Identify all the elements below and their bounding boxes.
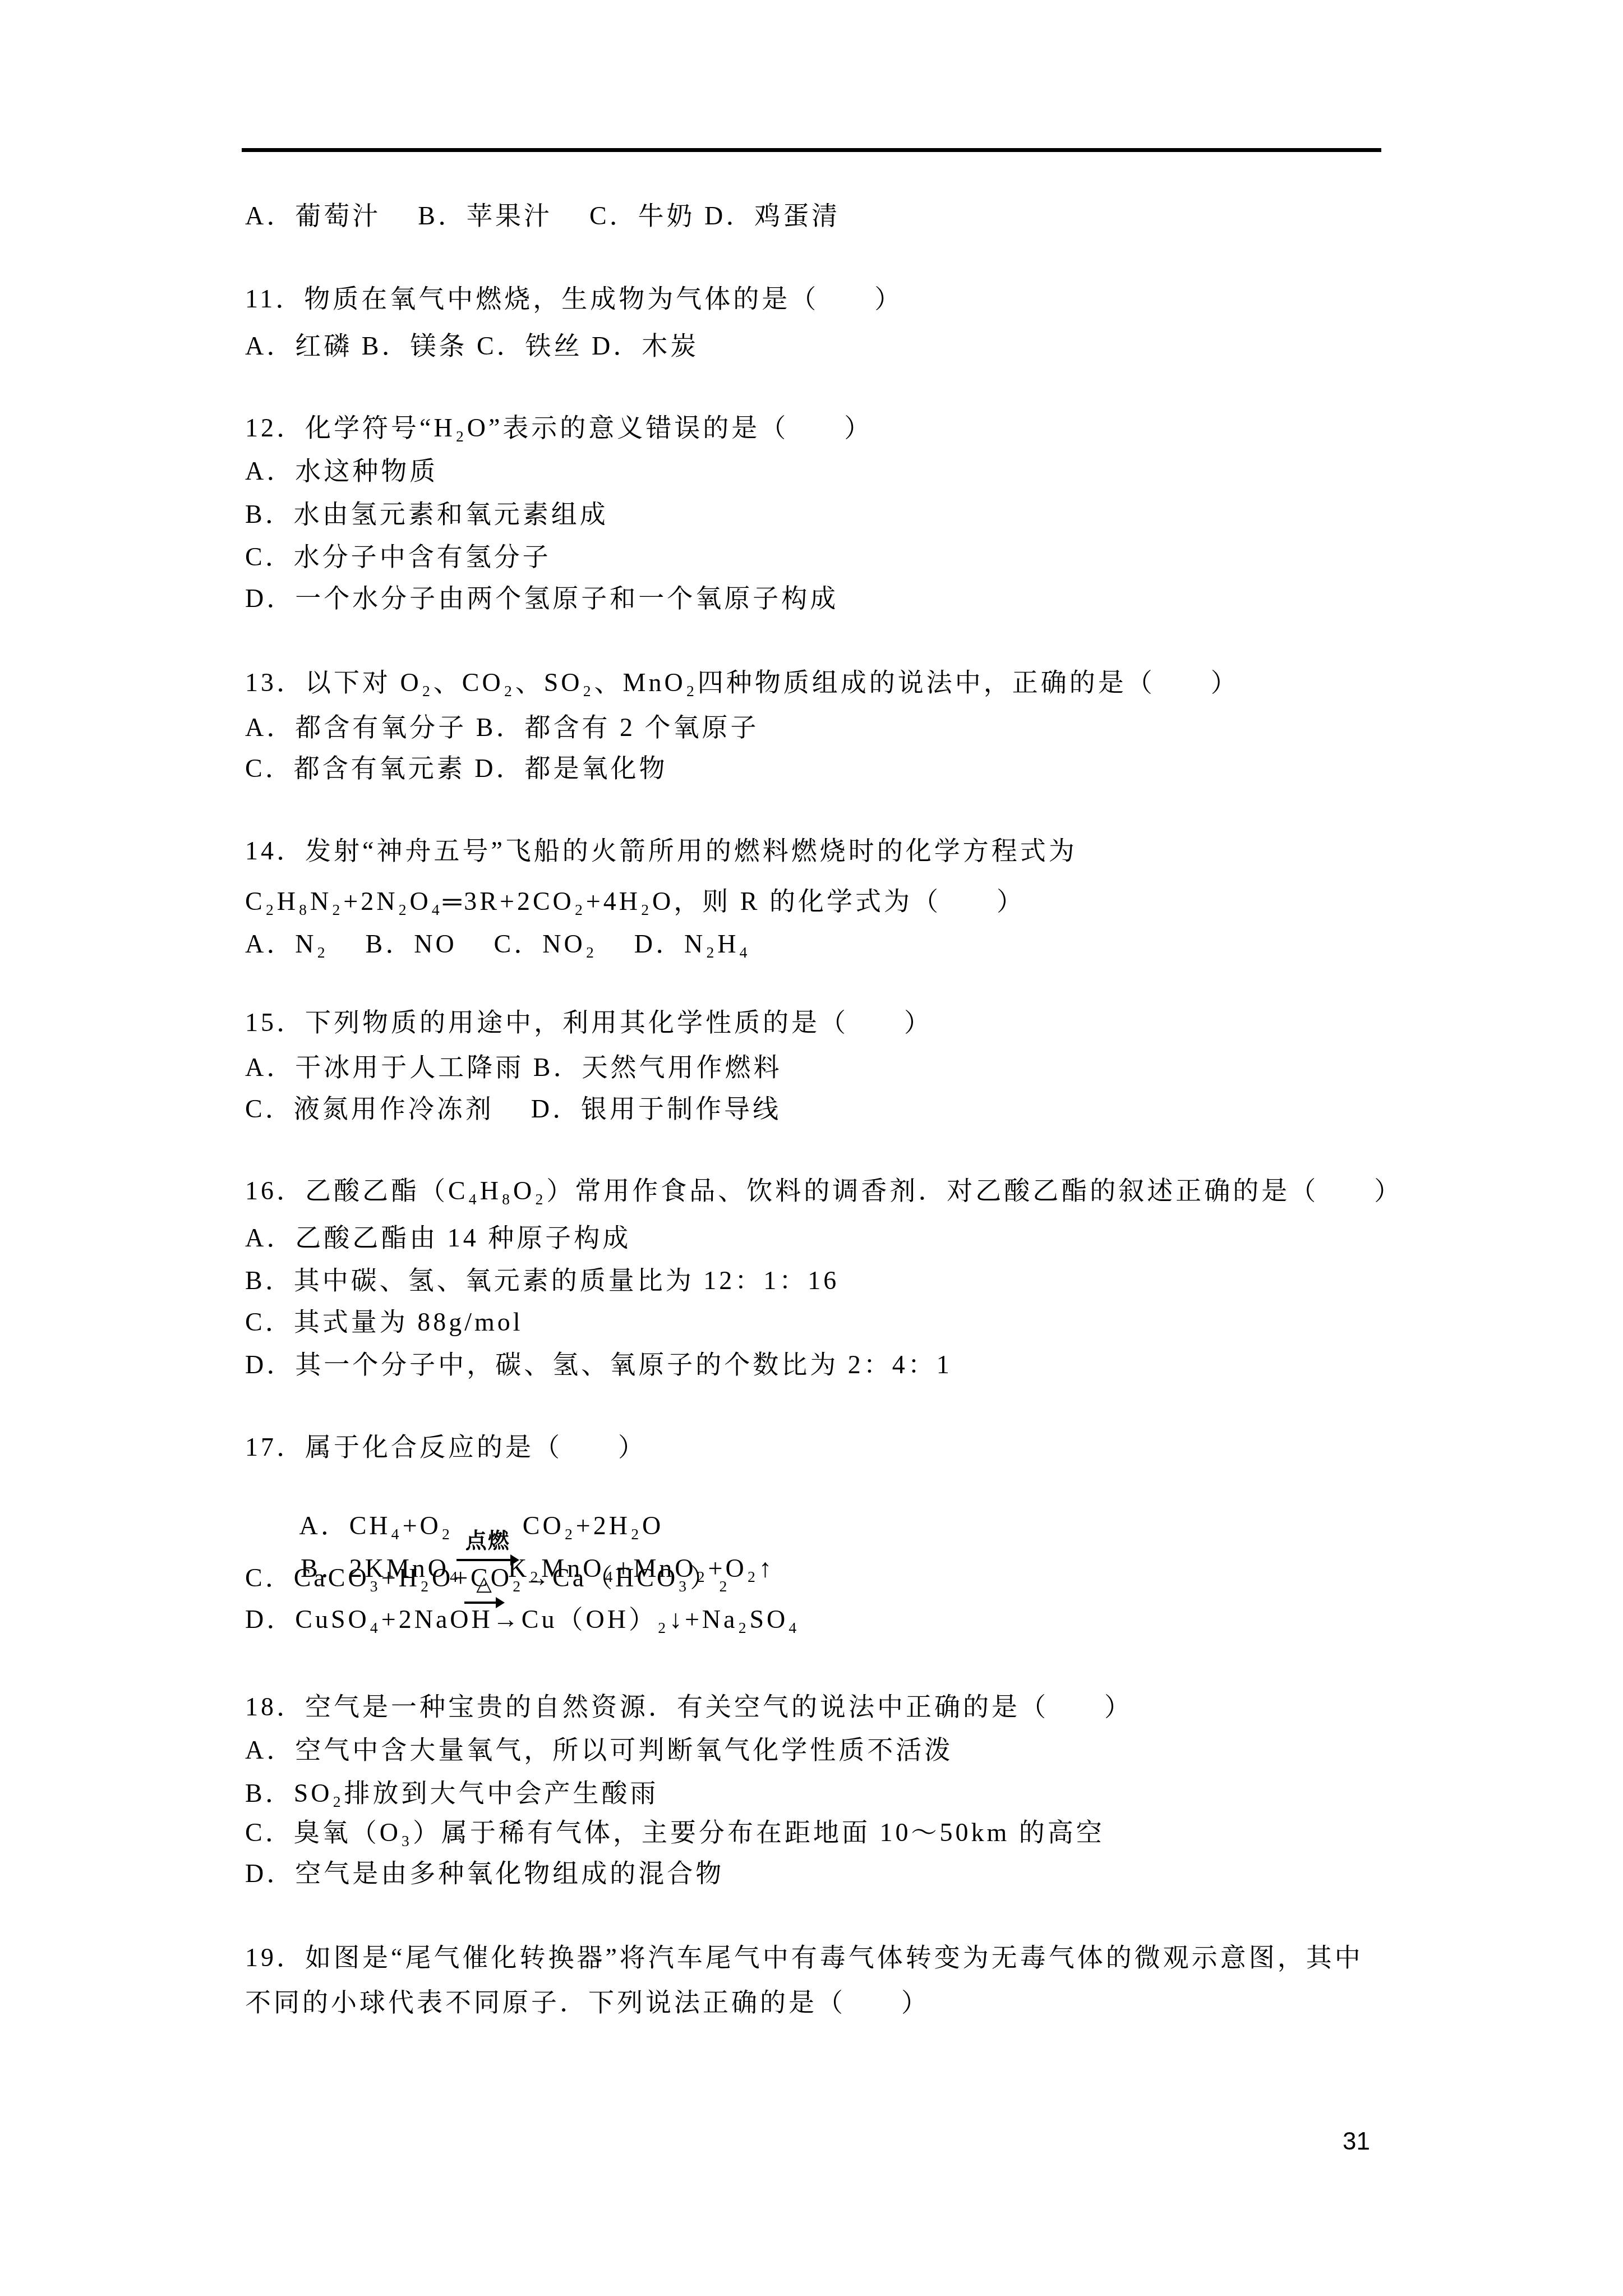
question-15-stem: 15．下列物质的用途中，利用其化学性质的是（ ） — [245, 1006, 933, 1039]
question-11-stem: 11．物质在氧气中燃烧，生成物为气体的是（ ） — [245, 283, 903, 315]
question-13-stem: 13．以下对 O₂、CO₂、SO₂、MnO₂四种物质组成的说法中，正确的是（ ） — [245, 666, 1239, 699]
question-12-stem: 12．化学符号“H₂O”表示的意义错误的是（ ） — [245, 412, 873, 444]
question-16-option-d: D．其一个分子中，碳、氢、氧原子的个数比为 2：4：1 — [245, 1349, 952, 1381]
question-17-option-c: C．CaCO₃+H₂O+CO₂→Ca（HCO₃）₂ — [245, 1562, 730, 1594]
question-19-stem-line1: 19．如图是“尾气催化转换器”将汽车尾气中有毒气体转变为无毒气体的微观示意图，其… — [245, 1941, 1363, 1974]
question-12-option-a: A．水这种物质 — [245, 455, 438, 487]
question-12-option-c: C．水分子中含有氢分子 — [245, 541, 551, 573]
question-17-option-d: D．CuSO₄+2NaOH→Cu（OH）₂↓+Na₂SO₄ — [245, 1603, 800, 1636]
question-12-option-d: D．一个水分子由两个氢原子和一个氧原子构成 — [245, 582, 838, 615]
question-14-stem-line1: 14．发射“神舟五号”飞船的火箭所用的燃料燃烧时的化学方程式为 — [245, 835, 1077, 867]
question-16-option-c: C．其式量为 88g/mol — [245, 1306, 523, 1338]
question-13-options-ab: A．都含有氧分子 B．都含有 2 个氧原子 — [245, 711, 759, 744]
question-11-options-line: A．红磷 B．镁条 C．铁丝 D．木炭 — [245, 330, 699, 362]
question-12-option-b: B．水由氢元素和氧元素组成 — [245, 498, 608, 531]
question-16-stem: 16．乙酸乙酯（C₄H₈O₂）常用作食品、饮料的调香剂．对乙酸乙酯的叙述正确的是… — [245, 1175, 1403, 1207]
question-14-options-line: A．N₂ B．NO C．NO₂ D．N₂H₄ — [245, 928, 751, 960]
question-16-option-a: A．乙酸乙酯由 14 种原子构成 — [245, 1222, 631, 1254]
question-18-option-a: A．空气中含大量氧气，所以可判断氧气化学性质不活泼 — [245, 1734, 953, 1766]
question-15-options-cd: C．液氮用作冷冻剂 D．银用于制作导线 — [245, 1093, 781, 1125]
question-16-option-b: B．其中碳、氢、氧元素的质量比为 12：1：16 — [245, 1264, 839, 1297]
question-14-stem-equation: C₂H₈N₂+2N₂O₄═3R+2CO₂+4H₂O，则 R 的化学式为（ ） — [245, 885, 1025, 918]
question-18-option-c: C．臭氧（O₃）属于稀有气体，主要分布在距地面 10～50km 的高空 — [245, 1816, 1105, 1849]
question-18-option-d: D．空气是由多种氧化物组成的混合物 — [245, 1857, 724, 1890]
question-15-options-ab: A．干冰用于人工降雨 B．天然气用作燃料 — [245, 1051, 782, 1084]
question-19-stem-line2: 不同的小球代表不同原子．下列说法正确的是（ ） — [245, 1986, 930, 2019]
question-10-options-line: A．葡萄汁 B．苹果汁 C．牛奶 D．鸡蛋清 — [245, 200, 840, 232]
question-13-options-cd: C．都含有氧元素 D．都是氧化物 — [245, 752, 667, 785]
page-number: 31 — [1343, 2127, 1370, 2156]
header-rule — [242, 148, 1381, 152]
question-18-option-b: B．SO₂排放到大气中会产生酸雨 — [245, 1777, 659, 1810]
question-18-stem: 18．空气是一种宝贵的自然资源．有关空气的说法中正确的是（ ） — [245, 1691, 1133, 1723]
exam-page: A．葡萄汁 B．苹果汁 C．牛奶 D．鸡蛋清 11．物质在氧气中燃烧，生成物为气… — [0, 0, 1623, 2296]
question-17-stem: 17．属于化合反应的是（ ） — [245, 1431, 647, 1464]
